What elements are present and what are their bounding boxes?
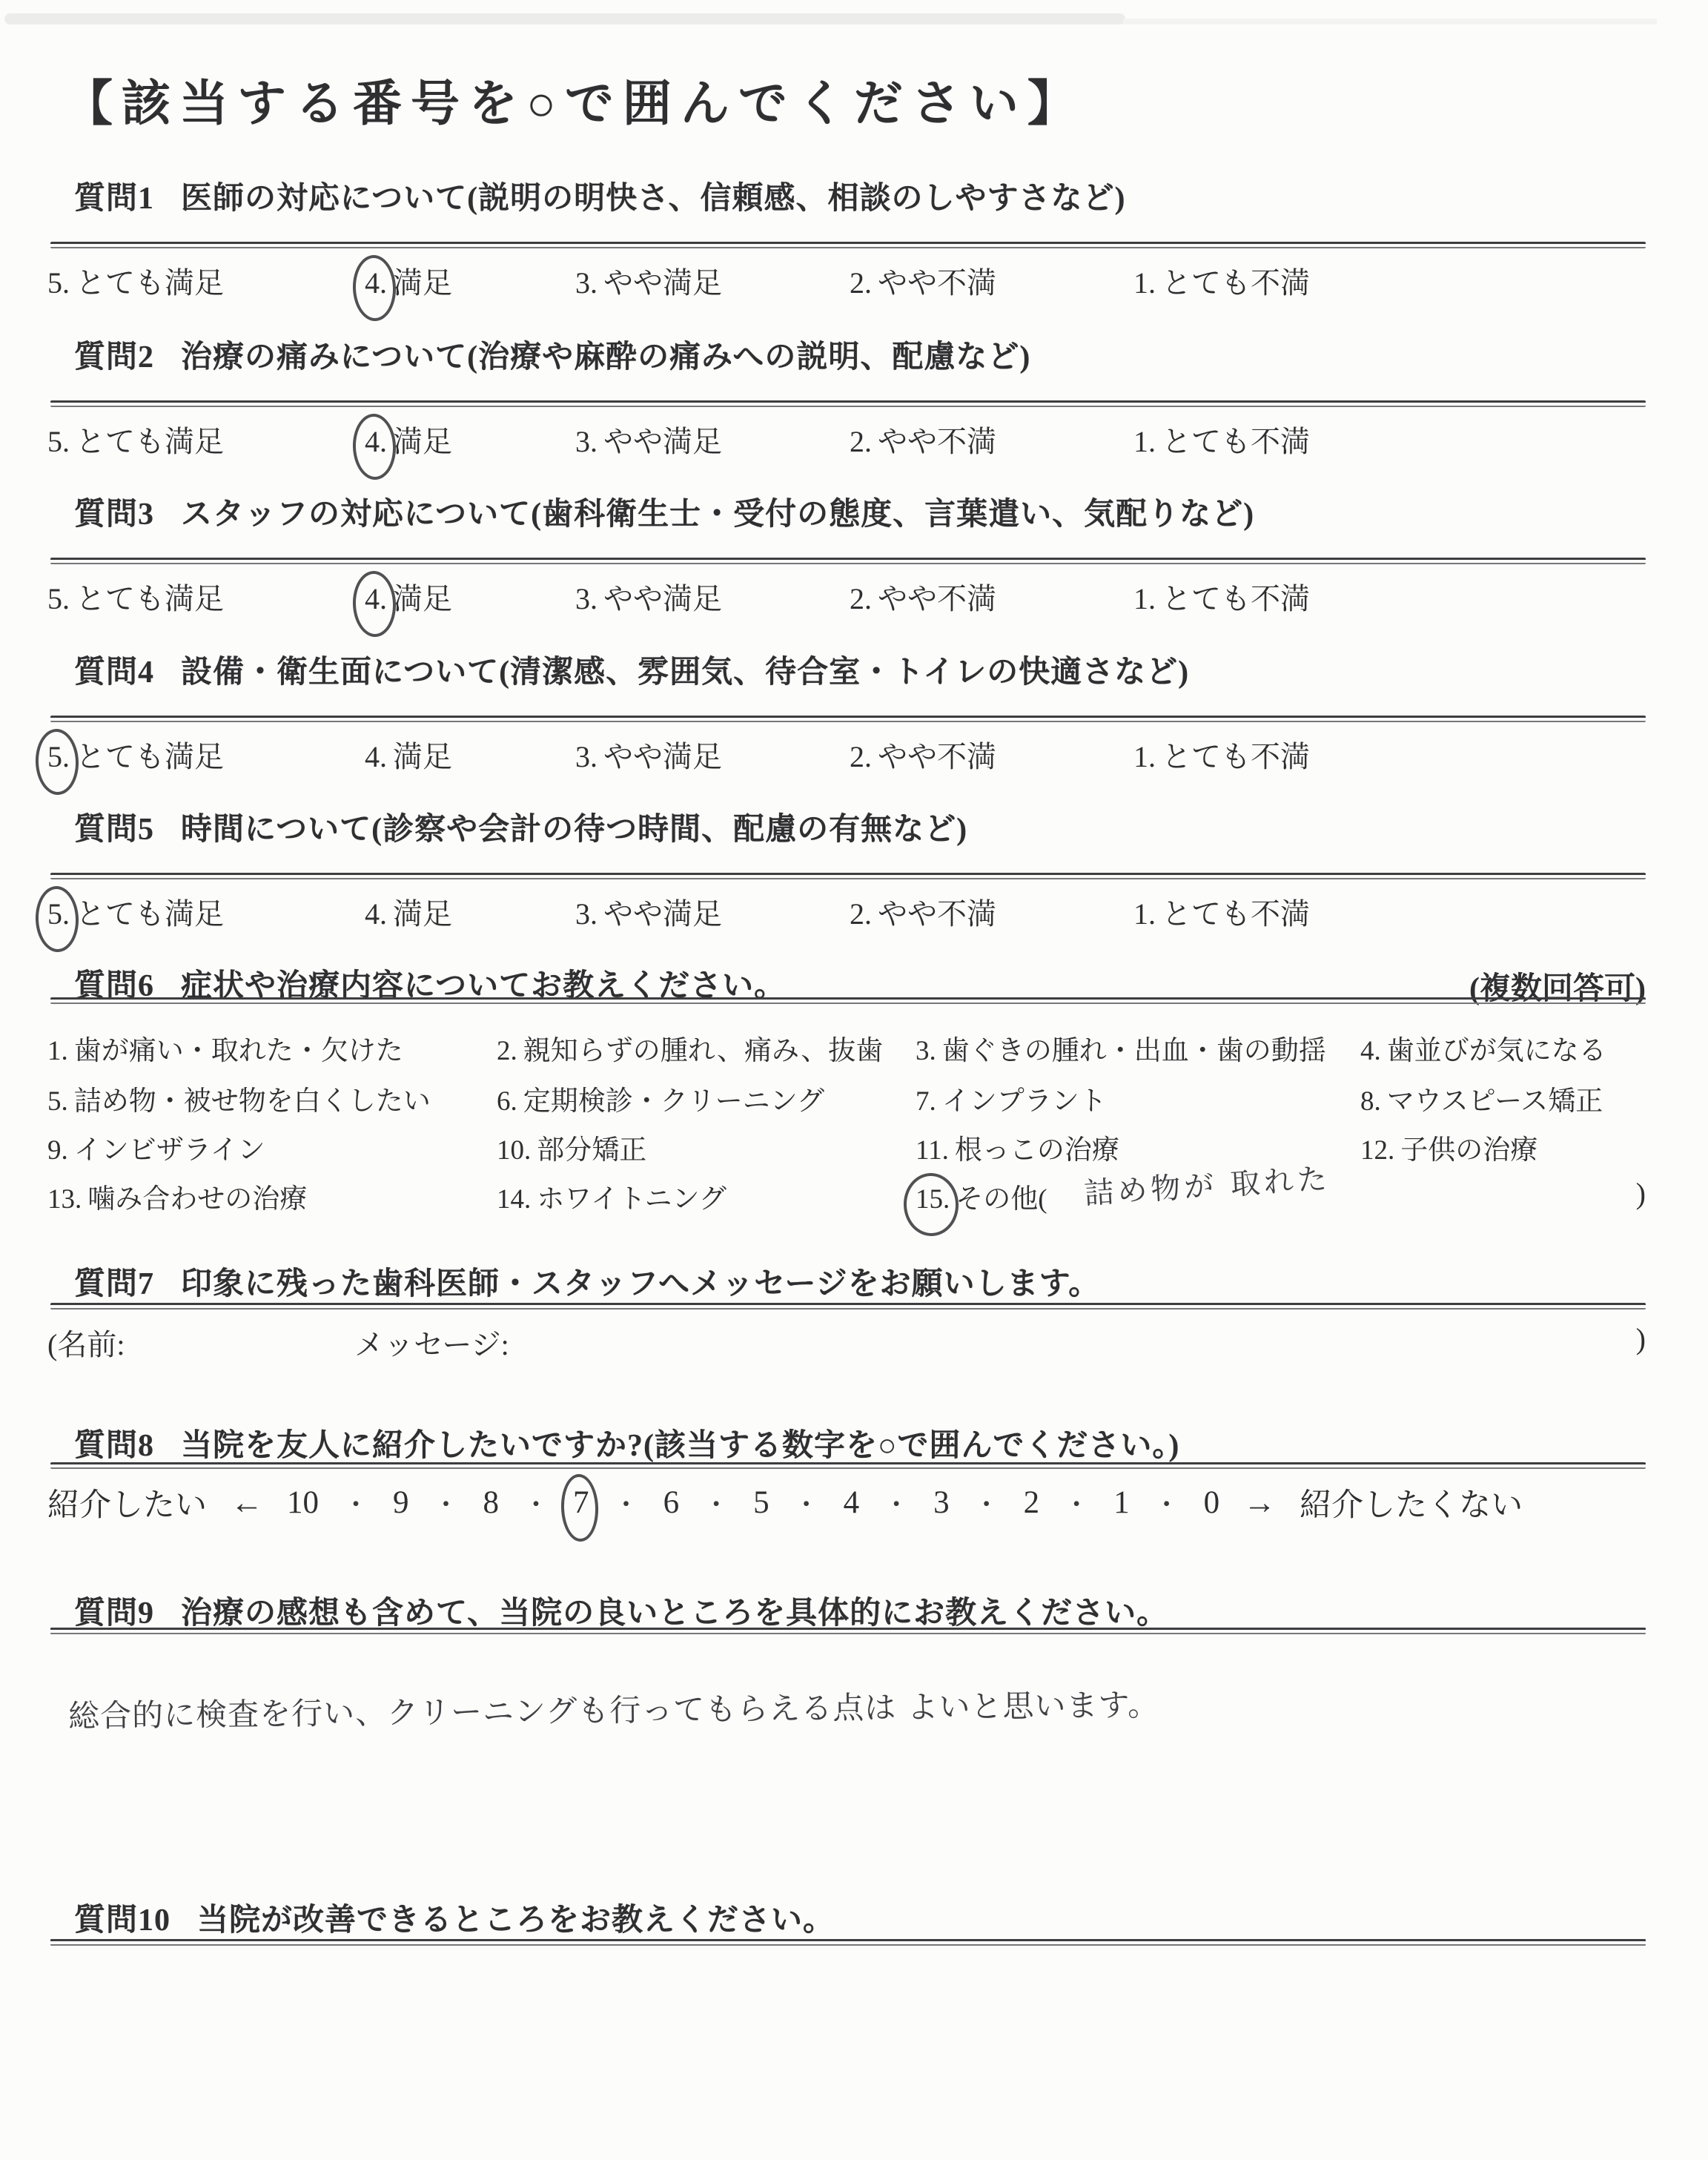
- question-9-label: 質問9: [74, 1588, 154, 1633]
- scale-option-label: 満足: [393, 266, 452, 300]
- dot-separator: ・: [433, 1484, 460, 1522]
- item-label: インビザライン: [74, 1135, 265, 1166]
- scale-option-number: 2.: [850, 581, 872, 616]
- question-3-heading: 質問3スタッフの対応について(歯科衛生士・受付の態度、言葉遣い、気配りなど): [74, 489, 1254, 534]
- scale-option-number: 1.: [1133, 581, 1156, 616]
- question-4-options: 5.とても満足 4.満足 3.やや満足 2.やや不満 1.とても不満: [47, 733, 1646, 793]
- symptom-item: 12.子供の治療: [1360, 1127, 1537, 1167]
- scale-option-number: 2.: [850, 739, 872, 774]
- scale-option-number: 5.: [47, 424, 70, 459]
- item-number: 3.: [916, 1035, 936, 1067]
- nps-number-9: 9: [393, 1484, 409, 1521]
- question-2-label: 質問2: [74, 332, 154, 377]
- scale-option-number: 1.: [1133, 424, 1156, 459]
- question-3-options: 5.とても満足 4.満足 3.やや満足 2.やや不満 1.とても不満: [47, 575, 1646, 635]
- selected-circle: 4.: [365, 581, 387, 616]
- scanned-survey-page: 【該当する番号を○で囲んでください】 質問1医師の対応について(説明の明快さ、信…: [0, 0, 1708, 2160]
- question-5-heading: 質問5時間について(診察や会計の待つ時間、配慮の有無など): [74, 805, 967, 849]
- dot-separator: ・: [613, 1484, 640, 1522]
- scale-option-label: とても満足: [76, 897, 224, 931]
- question-8-title: 当院を友人に紹介したいですか?(該当する数字を○で囲んでください。): [181, 1429, 1179, 1463]
- divider: [50, 997, 1646, 1004]
- scale-option-number: 2.: [850, 424, 872, 459]
- scale-option: 5.とても満足: [47, 418, 224, 460]
- scale-option: 2.やや不満: [850, 891, 996, 933]
- question-9-title: 治療の感想も含めて、当院の良いところを具体的にお教えください。: [181, 1596, 1168, 1631]
- question-2-heading: 質問2治療の痛みについて(治療や麻酔の痛みへの説明、配慮など): [74, 332, 1030, 377]
- symptom-item: 6.定期検診・クリーニング: [497, 1078, 824, 1118]
- item-label: その他(: [956, 1184, 1047, 1215]
- item-number: 5.: [47, 1086, 68, 1117]
- question-10-heading: 質問10当院が改善できるところをお教えください。: [74, 1895, 835, 1940]
- scale-option-label: とても不満: [1162, 582, 1310, 615]
- question-10-label: 質問10: [74, 1895, 171, 1940]
- scale-option-label: 満足: [393, 897, 452, 931]
- nps-number-3: 3: [933, 1484, 950, 1521]
- scale-option-number: 4.: [365, 896, 387, 931]
- selected-circle: 5.: [47, 739, 70, 774]
- symptom-item: 13.噛み合わせの治療: [47, 1176, 307, 1216]
- question-5-options: 5.とても満足 4.満足 3.やや満足 2.やや不満 1.とても不満: [47, 891, 1646, 950]
- scale-option-number: 3.: [575, 896, 598, 931]
- scale-option-number: 1.: [1133, 896, 1156, 931]
- scale-option-label: とても満足: [76, 740, 224, 773]
- scale-option: 1.とても不満: [1133, 733, 1310, 776]
- scale-option-label: とても満足: [76, 582, 224, 615]
- left-arrow-icon: ←: [231, 1484, 263, 1522]
- item-number: 6.: [497, 1086, 517, 1117]
- handwritten-answer: 総合的に検査を行い、クリーニングも行ってもらえる点は よいと思います。: [68, 1680, 1160, 1736]
- dot-separator: ・: [1063, 1484, 1090, 1522]
- scale-option-label: やや不満: [878, 740, 996, 773]
- selected-circle: 15.: [916, 1183, 950, 1215]
- scale-option-label: とても不満: [1162, 897, 1310, 931]
- question-1-label: 質問1: [74, 174, 154, 218]
- scale-option-number: 4.: [365, 739, 387, 774]
- scale-option: 5.とても満足: [47, 733, 224, 776]
- item-number: 9.: [47, 1135, 68, 1166]
- symptom-item: 9.インビザライン: [47, 1127, 265, 1167]
- scale-option: 3.やや満足: [575, 891, 722, 933]
- symptom-item-other: 15.その他(: [916, 1176, 1047, 1216]
- symptom-item: 1.歯が痛い・取れた・欠けた: [47, 1028, 403, 1068]
- selected-circle-nps-7: 7: [573, 1484, 589, 1521]
- symptom-item: 8.マウスピース矯正: [1360, 1078, 1603, 1118]
- item-label: ホワイトニング: [537, 1184, 726, 1215]
- scale-option: 3.やや満足: [575, 575, 722, 618]
- scale-option-label: やや満足: [603, 266, 722, 300]
- scale-option: 3.やや満足: [575, 260, 722, 302]
- nps-number-0: 0: [1204, 1484, 1220, 1521]
- question-2-options: 5.とても満足 4.満足 3.やや満足 2.やや不満 1.とても不満: [47, 418, 1646, 478]
- scale-option: 3.やや満足: [575, 733, 722, 776]
- item-number: 7.: [916, 1086, 936, 1117]
- question-8-heading: 質問8当院を友人に紹介したいですか?(該当する数字を○で囲んでください。): [74, 1421, 1179, 1465]
- item-label: マウスピース矯正: [1387, 1086, 1603, 1117]
- nps-number-10: 10: [287, 1484, 319, 1521]
- scale-option-number: 2.: [850, 265, 872, 300]
- item-number: 4.: [1360, 1035, 1381, 1067]
- scale-option-label: とても不満: [1162, 266, 1310, 300]
- item-number: 11.: [916, 1135, 949, 1166]
- scale-option: 1.とても不満: [1133, 891, 1310, 933]
- nps-scale: 紹介したい ← 10 ・ 9 ・ 8 ・ 7 ・ 6 ・ 5 ・ 4 ・ 3 ・…: [47, 1480, 1640, 1525]
- page-title: 【該当する番号を○で囲んでください】: [64, 64, 1085, 134]
- symptom-item: 3.歯ぐきの腫れ・出血・歯の動揺: [916, 1028, 1326, 1068]
- question-4-label: 質問4: [74, 647, 154, 692]
- item-number: 8.: [1360, 1086, 1381, 1117]
- scale-option: 3.やや満足: [575, 418, 722, 460]
- nps-number-6: 6: [663, 1484, 680, 1521]
- divider: [50, 716, 1646, 722]
- scale-option: 5.とても満足: [47, 260, 224, 302]
- item-label: 子供の治療: [1400, 1135, 1537, 1166]
- closing-paren: ): [1636, 1321, 1646, 1356]
- symptom-item: 4.歯並びが気になる: [1360, 1028, 1606, 1068]
- scale-option-label: とても不満: [1162, 425, 1310, 458]
- scale-option: 2.やや不満: [850, 733, 996, 776]
- selected-circle: 4.: [365, 424, 387, 459]
- dot-separator: ・: [883, 1484, 910, 1522]
- item-label: 歯ぐきの腫れ・出血・歯の動揺: [942, 1036, 1326, 1066]
- right-arrow-icon: →: [1243, 1484, 1276, 1522]
- nps-number-4: 4: [844, 1484, 860, 1521]
- scale-option-number: 3.: [575, 424, 598, 459]
- scale-option-label: やや満足: [603, 425, 722, 458]
- scale-option-number: 2.: [850, 896, 872, 931]
- scale-option: 2.やや不満: [850, 575, 996, 618]
- dot-separator: ・: [523, 1484, 549, 1522]
- scale-option-number: 3.: [575, 581, 598, 616]
- scale-option: 4.満足: [365, 575, 452, 618]
- scale-option-label: やや満足: [603, 897, 722, 931]
- selected-circle: 4.: [365, 265, 387, 300]
- scale-option-number: 3.: [575, 739, 598, 774]
- question-3-label: 質問3: [74, 489, 154, 534]
- question-7-title: 印象に残った歯科医師・スタッフへメッセージをお願いします。: [181, 1267, 1100, 1301]
- item-label: 親知らずの腫れ、痛み、抜歯: [523, 1036, 883, 1066]
- dot-separator: ・: [793, 1484, 820, 1522]
- scale-option-label: とても不満: [1162, 740, 1310, 773]
- scale-option-label: とても満足: [76, 266, 224, 300]
- divider: [50, 558, 1646, 564]
- scan-artifact: [1123, 19, 1657, 24]
- symptom-item: 2.親知らずの腫れ、痛み、抜歯: [497, 1028, 883, 1068]
- symptom-item: 14.ホワイトニング: [497, 1176, 726, 1216]
- scale-option-label: やや満足: [603, 740, 722, 773]
- selected-circle: 5.: [47, 896, 70, 931]
- question-2-title: 治療の痛みについて(治療や麻酔の痛みへの説明、配慮など): [181, 340, 1030, 374]
- nps-number-8: 8: [483, 1484, 500, 1521]
- item-label: 歯並びが気になる: [1387, 1036, 1606, 1066]
- dot-separator: ・: [342, 1484, 369, 1522]
- question-4-heading: 質問4設備・衛生面について(清潔感、雰囲気、待合室・トイレの快適さなど): [74, 647, 1189, 692]
- question-9-heading: 質問9治療の感想も含めて、当院の良いところを具体的にお教えください。: [74, 1588, 1168, 1633]
- scale-option: 2.やや不満: [850, 418, 996, 460]
- scale-option-label: やや満足: [603, 582, 722, 615]
- question-7-label: 質問7: [74, 1259, 154, 1304]
- item-label: 定期検診・クリーニング: [523, 1086, 824, 1117]
- item-number: 12.: [1360, 1135, 1394, 1166]
- scale-right-label: 紹介したくない: [1300, 1480, 1523, 1525]
- item-label: 詰め物・被せ物を白くしたい: [74, 1086, 431, 1117]
- answer-line: [50, 1939, 1646, 1946]
- dot-separator: ・: [1153, 1484, 1180, 1522]
- question-1-heading: 質問1医師の対応について(説明の明快さ、信頼感、相談のしやすさなど): [74, 174, 1125, 218]
- question-1-options: 5.とても満足 4.満足 3.やや満足 2.やや不満 1.とても不満: [47, 260, 1646, 319]
- nps-number-2: 2: [1024, 1484, 1040, 1521]
- scale-option-number: 5.: [47, 581, 70, 616]
- name-field-label: (名前:: [47, 1321, 125, 1364]
- scale-option-label: やや不満: [878, 266, 996, 300]
- answer-line: [50, 1628, 1646, 1634]
- scale-option-label: やや不満: [878, 897, 996, 931]
- divider: [50, 400, 1646, 407]
- item-label: インプラント: [942, 1086, 1107, 1117]
- question-3-title: スタッフの対応について(歯科衛生士・受付の態度、言葉遣い、気配りなど): [181, 498, 1254, 532]
- scale-option: 4.満足: [365, 418, 452, 460]
- scale-option-number: 5.: [47, 265, 70, 300]
- scale-option-label: 満足: [393, 740, 452, 773]
- item-number: 2.: [497, 1035, 517, 1067]
- other-handwritten-answer: 詰め物が 取れた: [1083, 1155, 1332, 1212]
- symptom-item: 7.インプラント: [916, 1078, 1107, 1118]
- divider: [50, 1303, 1646, 1309]
- scale-option: 4.満足: [365, 891, 452, 933]
- item-label: 根っこの治療: [955, 1135, 1119, 1166]
- scale-option-number: 3.: [575, 265, 598, 300]
- divider: [50, 873, 1646, 879]
- symptom-item: 11.根っこの治療: [916, 1127, 1119, 1167]
- scale-option: 1.とても不満: [1133, 575, 1310, 618]
- divider: [50, 242, 1646, 248]
- dot-separator: ・: [703, 1484, 729, 1522]
- message-field-label: メッセージ:: [354, 1321, 509, 1364]
- divider: [50, 1462, 1646, 1469]
- scale-option: 5.とても満足: [47, 891, 224, 933]
- item-number: 13.: [47, 1183, 82, 1215]
- scale-option-label: やや不満: [878, 425, 996, 458]
- scale-option: 1.とても不満: [1133, 260, 1310, 302]
- scale-option-label: やや不満: [878, 582, 996, 615]
- scale-option-label: とても満足: [76, 425, 224, 458]
- scale-option: 4.満足: [365, 260, 452, 302]
- question-7-fields: (名前: メッセージ: ): [47, 1321, 1646, 1366]
- dot-separator: ・: [973, 1484, 1000, 1522]
- scale-option: 2.やや不満: [850, 260, 996, 302]
- scale-option-label: 満足: [393, 582, 452, 615]
- question-1-title: 医師の対応について(説明の明快さ、信頼感、相談のしやすさなど): [181, 182, 1125, 216]
- scale-left-label: 紹介したい: [47, 1480, 207, 1525]
- item-label: 歯が痛い・取れた・欠けた: [74, 1036, 403, 1066]
- scale-option-number: 1.: [1133, 265, 1156, 300]
- question-7-heading: 質問7印象に残った歯科医師・スタッフへメッセージをお願いします。: [74, 1259, 1100, 1304]
- closing-paren: ): [1636, 1176, 1646, 1211]
- question-5-label: 質問5: [74, 805, 154, 849]
- nps-number-5: 5: [753, 1484, 769, 1521]
- scale-option: 1.とても不満: [1133, 418, 1310, 460]
- question-8-label: 質問8: [74, 1421, 154, 1465]
- question-5-title: 時間について(診察や会計の待つ時間、配慮の有無など): [181, 813, 967, 847]
- item-label: 部分矯正: [537, 1135, 646, 1166]
- scale-option-label: 満足: [393, 425, 452, 458]
- item-number: 14.: [497, 1183, 531, 1215]
- symptom-item: 10.部分矯正: [497, 1127, 646, 1167]
- scale-option: 4.満足: [365, 733, 452, 776]
- scan-artifact: [4, 13, 1125, 24]
- item-number: 10.: [497, 1135, 531, 1166]
- item-number: 1.: [47, 1035, 68, 1067]
- scale-option: 5.とても満足: [47, 575, 224, 618]
- question-10-title: 当院が改善できるところをお教えください。: [197, 1903, 835, 1938]
- item-label: 噛み合わせの治療: [87, 1184, 307, 1215]
- symptom-item: 5.詰め物・被せ物を白くしたい: [47, 1078, 431, 1118]
- nps-number-1: 1: [1113, 1484, 1130, 1521]
- question-4-title: 設備・衛生面について(清潔感、雰囲気、待合室・トイレの快適さなど): [181, 655, 1189, 690]
- scale-option-number: 1.: [1133, 739, 1156, 774]
